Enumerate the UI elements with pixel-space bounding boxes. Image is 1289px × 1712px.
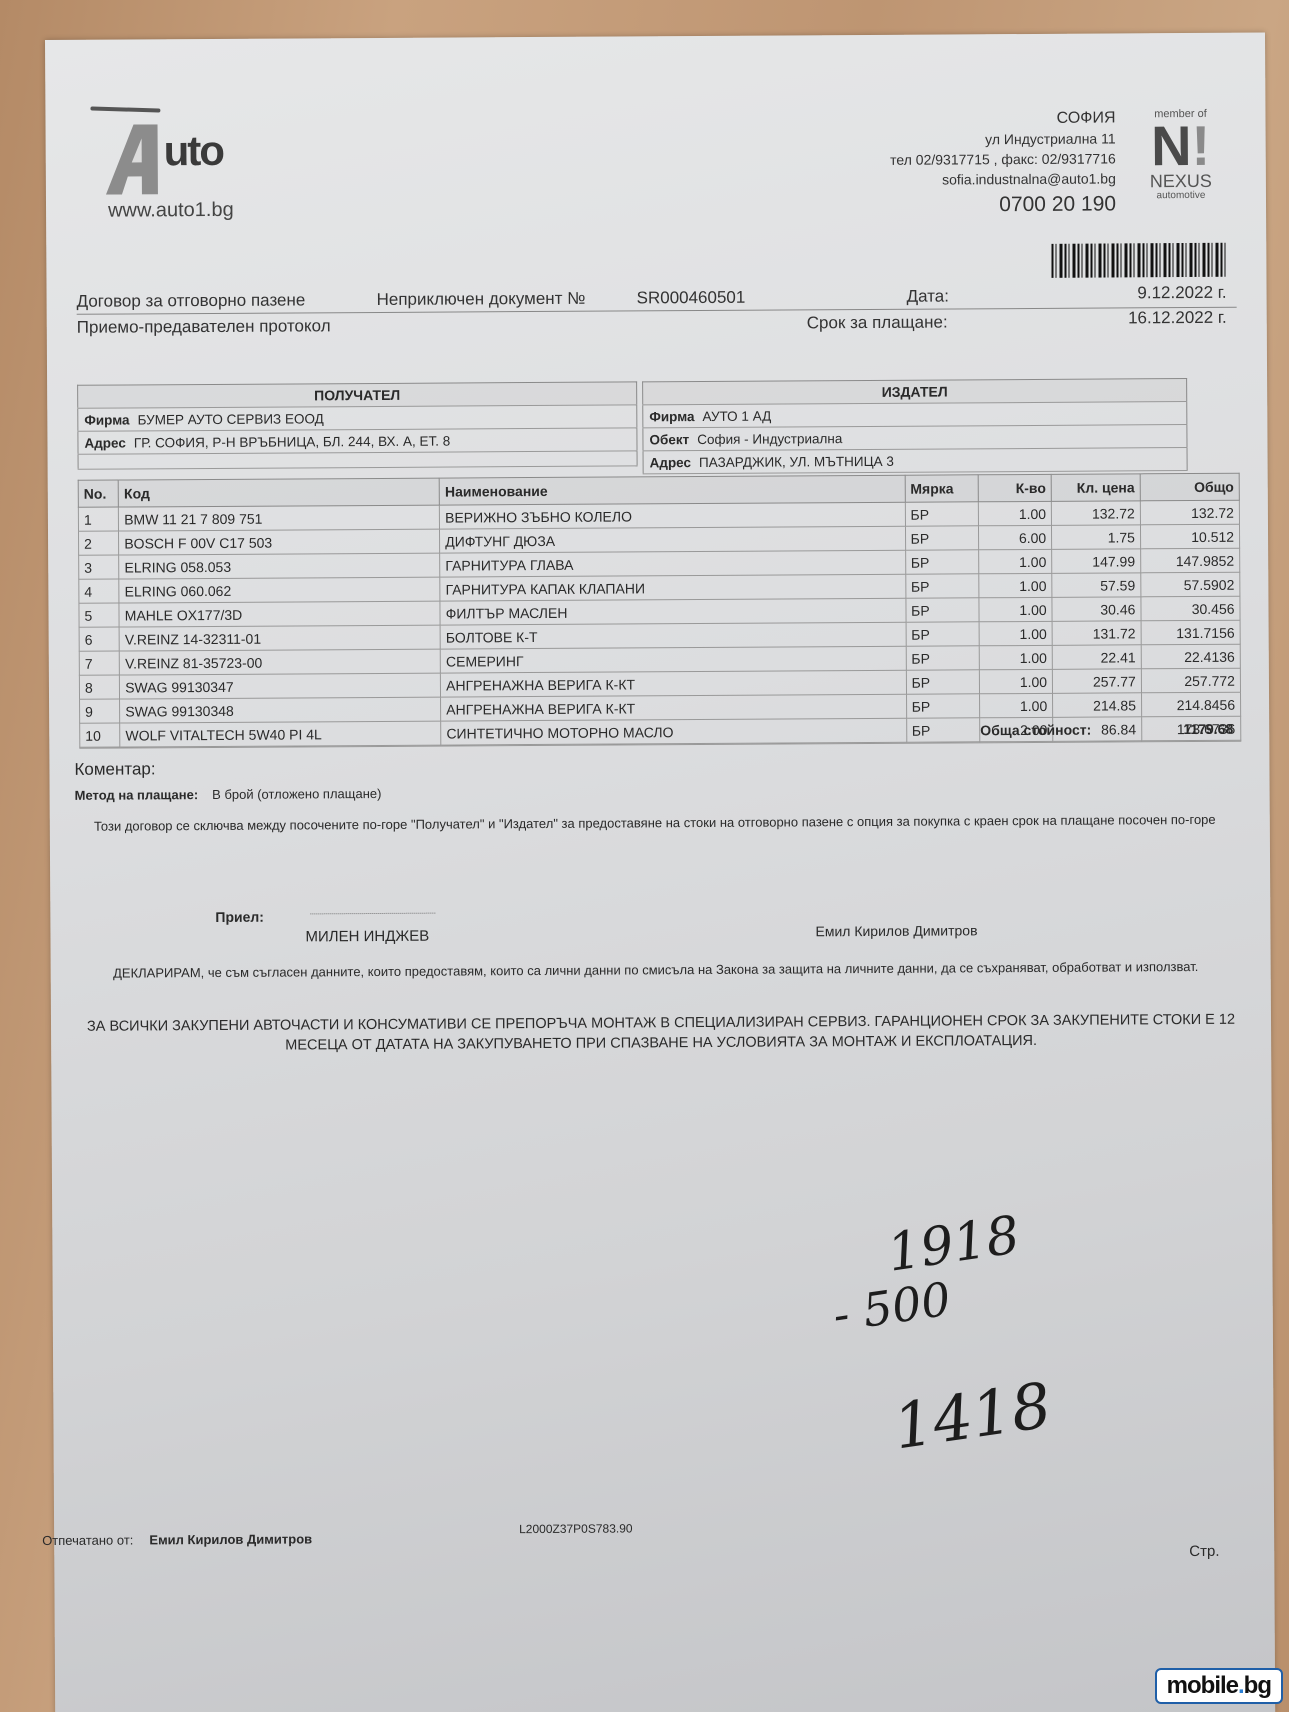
col-code: Код [118, 478, 439, 507]
row-qty: 1.00 [979, 621, 1052, 645]
row-qty: 1.00 [978, 549, 1051, 573]
row-unit-price: 131.72 [1052, 621, 1141, 646]
items-table: No. Код Наименование Мярка К-во Кл. цена… [78, 473, 1242, 748]
payment-method-label: Метод на плащане: [75, 787, 199, 803]
row-unit-price: 22.41 [1052, 645, 1141, 670]
row-qty: 1.00 [979, 597, 1052, 621]
row-total: 214.8456 [1141, 692, 1240, 717]
row-code: SWAG 99130347 [120, 673, 441, 699]
row-total: 147.9852 [1141, 548, 1240, 573]
mobile-bg-watermark: mobile.bg [1155, 1668, 1283, 1704]
issuer-site-label: Обект [649, 432, 689, 447]
row-code: V.REINZ 14-32311-01 [119, 625, 440, 651]
website-link[interactable]: www.auto1.bg [108, 199, 234, 223]
row-no: 6 [79, 627, 119, 651]
col-name: Наименование [439, 475, 905, 505]
row-unit-price: 257.77 [1052, 669, 1141, 694]
row-qty: 1.00 [978, 501, 1051, 525]
signature-line [310, 913, 435, 915]
contact-phones: тел 02/9317715 , факс: 02/9317716 [890, 148, 1116, 169]
document-number-label: Неприключен документ № [377, 289, 586, 310]
printed-by: Отпечатано от:Емил Кирилов Димитров [42, 1531, 312, 1548]
row-unit: БР [906, 598, 979, 622]
document-info: Договор за отговорно пазене Неприключен … [77, 283, 1237, 346]
row-code: SWAG 99130348 [120, 697, 441, 723]
comment-label: Коментар: [74, 759, 155, 779]
row-qty: 1.00 [979, 573, 1052, 597]
row-qty: 1.00 [979, 645, 1052, 669]
row-unit-price: 1.75 [1052, 525, 1141, 550]
payment-method-value: В брой (отложено плащане) [212, 786, 381, 802]
handwritten-amount-1: 1918 [884, 1205, 1024, 1284]
issuer-address: ПАЗАРДЖИК, УЛ. МЪТНИЦА 3 [699, 453, 894, 469]
grand-total-label: Обща стойност: [980, 722, 1091, 739]
issuer-name: Емил Кирилов Димитров [815, 922, 977, 939]
logo-text: uto [164, 127, 224, 175]
parties-section: ПОЛУЧАТЕЛ ФирмаБУМЕР АУТО СЕРВИЗ ЕООД Ад… [77, 378, 1237, 385]
row-qty: 1.00 [979, 693, 1052, 717]
due-date-value: 16.12.2022 г. [1128, 308, 1227, 329]
nexus-logo: member of N! NEXUS automotive [1135, 108, 1226, 202]
contact-email: sofia.industnalna@auto1.bg [890, 168, 1116, 189]
row-name: БОЛТОВЕ К-Т [440, 622, 906, 649]
row-no: 1 [78, 507, 118, 531]
issuer-company-label: Фирма [649, 409, 694, 424]
received-label: Приел: [215, 909, 264, 925]
row-no: 7 [79, 651, 119, 675]
row-unit-price: 214.85 [1053, 693, 1142, 718]
printed-by-name: Емил Кирилов Димитров [149, 1531, 312, 1547]
handwritten-amount-2: - 500 [829, 1272, 954, 1343]
col-unit-price: Кл. цена [1051, 474, 1140, 502]
row-unit: БР [906, 670, 979, 694]
row-unit: БР [905, 550, 978, 574]
row-name: АНГРЕНАЖНА ВЕРИГА К-КТ [441, 694, 907, 721]
nexus-n-icon: N! [1136, 120, 1226, 173]
contact-block: СОФИЯ ул Индустриална 11 тел 02/9317715 … [890, 108, 1116, 215]
recipient-address-label: Адрес [84, 435, 125, 450]
contact-street: ул Индустриална 11 [890, 128, 1116, 149]
date-label: Дата: [907, 286, 949, 306]
row-no: 9 [80, 699, 120, 723]
row-total: 257.772 [1141, 668, 1240, 693]
col-total: Общо [1140, 473, 1239, 501]
date-value: 9.12.2022 г. [1137, 283, 1226, 304]
payment-method: Метод на плащане:В брой (отложено плащан… [75, 786, 382, 803]
col-no: No. [78, 480, 118, 507]
issuer-title: ИЗДАТЕЛ [643, 379, 1187, 405]
row-no: 2 [79, 531, 119, 555]
row-total: 131.7156 [1141, 620, 1240, 645]
nexus-sub: automotive [1136, 190, 1226, 202]
receiver-name: МИЛЕН ИНДЖЕВ [305, 928, 429, 946]
row-unit: БР [906, 694, 979, 718]
row-total: 57.5902 [1141, 572, 1240, 597]
row-no: 8 [79, 675, 119, 699]
col-qty: К-во [978, 474, 1051, 501]
row-code: BMW 11 21 7 809 751 [119, 505, 440, 531]
contact-city: СОФИЯ [890, 108, 1116, 129]
row-unit: БР [905, 526, 978, 550]
issuer-site: София - Индустриална [697, 431, 842, 447]
row-unit-price: 30.46 [1052, 597, 1141, 622]
warranty-notice: ЗА ВСИЧКИ ЗАКУПЕНИ АВТОЧАСТИ И КОНСУМАТИ… [76, 1010, 1246, 1057]
row-no: 4 [79, 579, 119, 603]
row-name: СЕМЕРИНГ [440, 646, 906, 673]
page-label: Стр. [1189, 1543, 1219, 1560]
row-name: ГАРНИТУРА ГЛАВА [440, 550, 906, 577]
recipient-address: ГР. СОФИЯ, Р-Н ВРЪБНИЦА, БЛ. 244, ВХ. А,… [134, 433, 450, 450]
row-total: 10.512 [1140, 524, 1239, 549]
data-declaration: ДЕКЛАРИРАМ, че съм съгласен данните, кои… [76, 958, 1236, 983]
document-number: SR000460501 [637, 288, 746, 309]
row-code: ELRING 058.053 [119, 553, 440, 579]
row-name: ВЕРИЖНО ЗЪБНО КОЛЕЛО [440, 502, 906, 529]
row-code: ELRING 060.062 [119, 577, 440, 603]
row-code: V.REINZ 81-35723-00 [119, 649, 440, 675]
row-no: 5 [79, 603, 119, 627]
row-name: ФИЛТЪР МАСЛЕН [440, 598, 906, 625]
row-unit: БР [906, 646, 979, 670]
row-total: 22.4136 [1141, 644, 1240, 669]
due-date-label: Срок за плащане: [807, 312, 948, 333]
printed-by-label: Отпечатано от: [42, 1532, 133, 1548]
grand-total-value: 1179.68 [1183, 721, 1233, 737]
row-code: BOSCH F 00V C17 503 [119, 529, 440, 555]
recipient-box: ПОЛУЧАТЕЛ ФирмаБУМЕР АУТО СЕРВИЗ ЕООД Ад… [77, 381, 638, 469]
row-qty: 1.00 [979, 669, 1052, 693]
barcode-icon [1051, 243, 1226, 278]
row-unit-price: 132.72 [1051, 501, 1140, 526]
contract-text: Този договор се сключва между посочените… [75, 811, 1235, 836]
row-name: ДИФТУНГ ДЮЗА [440, 526, 906, 553]
col-unit: Мярка [905, 475, 978, 502]
issuer-box: ИЗДАТЕЛ ФирмаАУТО 1 АД ОбектСофия - Инду… [642, 378, 1188, 474]
row-qty: 6.00 [978, 525, 1051, 549]
nexus-name: NEXUS [1136, 172, 1226, 191]
document-subtype: Приемо-предавателен протокол [77, 316, 331, 338]
row-code: MAHLE OX177/3D [119, 601, 440, 627]
row-name: АНГРЕНАЖНА ВЕРИГА К-КТ [441, 670, 907, 697]
document-type: Договор за отговорно пазене [77, 290, 306, 311]
recipient-company: БУМЕР АУТО СЕРВИЗ ЕООД [137, 411, 323, 427]
row-unit-price: 57.59 [1052, 573, 1141, 598]
row-total: 30.456 [1141, 596, 1240, 621]
row-unit-price: 147.99 [1052, 549, 1141, 574]
row-unit: БР [906, 622, 979, 646]
row-total: 132.72 [1140, 500, 1239, 525]
row-unit: БР [905, 574, 978, 598]
issuer-company: АУТО 1 АД [702, 408, 771, 423]
footer-code: L2000Z37P0S783.90 [519, 1521, 633, 1536]
row-name: ГАРНИТУРА КАПАК КЛАПАНИ [440, 574, 906, 601]
recipient-title: ПОЛУЧАТЕЛ [78, 382, 637, 408]
row-no: 3 [79, 555, 119, 579]
row-unit: БР [905, 502, 978, 526]
document-sheet: uto www.auto1.bg СОФИЯ ул Индустриална 1… [45, 33, 1275, 1712]
contact-hotline: 0700 20 190 [890, 194, 1116, 215]
recipient-company-label: Фирма [84, 412, 129, 427]
issuer-address-label: Адрес [650, 455, 691, 470]
staple [90, 107, 160, 113]
handwritten-amount-result: 1418 [889, 1368, 1056, 1463]
items-body: 1BMW 11 21 7 809 751ВЕРИЖНО ЗЪБНО КОЛЕЛО… [78, 500, 1240, 747]
